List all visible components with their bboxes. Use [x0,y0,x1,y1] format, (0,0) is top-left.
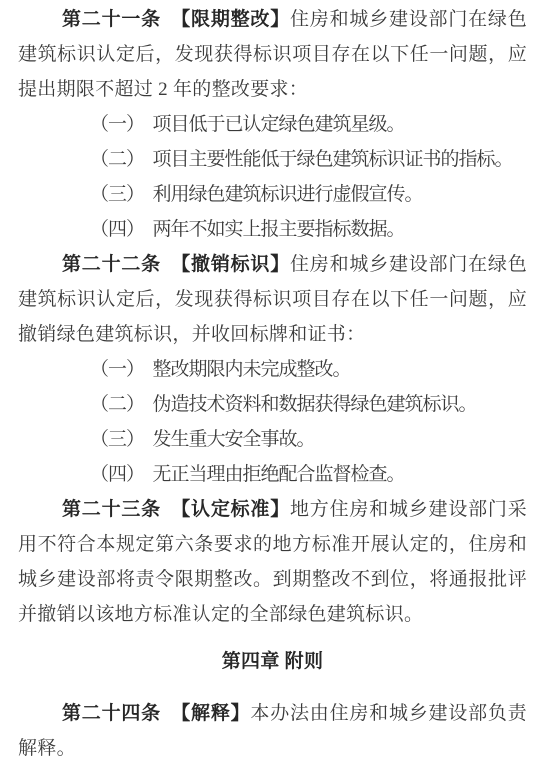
article-22-item-3: （三） 发生重大安全事故。 [18,422,527,457]
article-23-lead: 第二十三条 【认定标准】 [62,499,290,520]
article-22-lead: 第二十二条 【撤销标识】 [62,254,290,275]
article-21-item-2: （二） 项目主要性能低于绿色建筑标识证书的指标。 [18,142,527,177]
article-23-paragraph: 第二十三条 【认定标准】地方住房和城乡建设部门采用不符合本规定第六条要求的地方标… [18,492,527,632]
article-21-paragraph: 第二十一条 【限期整改】住房和城乡建设部门在绿色建筑标识认定后，发现获得标识项目… [18,2,527,107]
article-22-item-4: （四） 无正当理由拒绝配合监督检查。 [18,457,527,492]
article-21-item-3: （三） 利用绿色建筑标识进行虚假宣传。 [18,177,527,212]
article-21-item-1: （一） 项目低于已认定绿色建筑星级。 [18,107,527,142]
article-24-paragraph: 第二十四条 【解释】本办法由住房和城乡建设部负责解释。 [18,696,527,761]
article-22-item-1: （一） 整改期限内未完成整改。 [18,352,527,387]
chapter-4-heading: 第四章 附则 [18,644,527,679]
article-21-item-4: （四） 两年不如实上报主要指标数据。 [18,212,527,247]
article-22-item-2: （二） 伪造技术资料和数据获得绿色建筑标识。 [18,387,527,422]
article-21-lead: 第二十一条 【限期整改】 [62,9,290,30]
document-page: 第二十一条 【限期整改】住房和城乡建设部门在绿色建筑标识认定后，发现获得标识项目… [18,2,527,761]
article-22-paragraph: 第二十二条 【撤销标识】住房和城乡建设部门在绿色建筑标识认定后，发现获得标识项目… [18,247,527,352]
article-24-lead: 第二十四条 【解释】 [62,703,250,724]
